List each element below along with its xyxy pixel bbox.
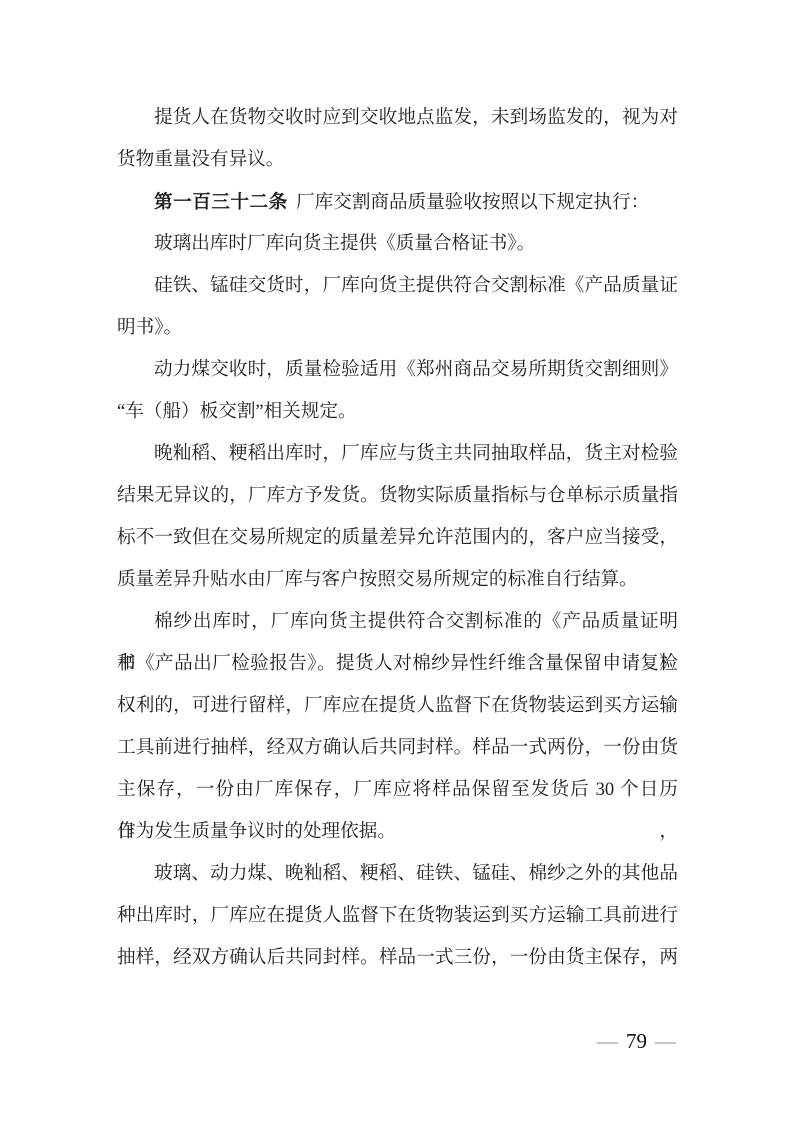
footer-dash-right: —	[655, 1029, 676, 1053]
document-page: 提货人在货物交收时应到交收地点监发，未到场监发的，视为对货物重量没有异议。第一百…	[0, 0, 793, 1122]
text-line: 提货人在货物交收时应到交收地点监发，未到场监发的，视为对	[117, 97, 678, 139]
text-line: 主保存，一份由厂库保存，厂库应将样品保留至发货后 30 个日历日，	[117, 769, 678, 811]
text-line: 标不一致但在交易所规定的质量差异允许范围内的，客户应当接受，	[117, 517, 678, 559]
text-line: 和《产品出厂检验报告》。提货人对棉纱异性纤维含量保留申请复检	[117, 643, 678, 685]
page-footer: —79—	[592, 1026, 681, 1056]
text-line: 货物重量没有异议。	[117, 139, 678, 181]
text-line: 权利的，可进行留样，厂库应在提货人监督下在货物装运到买方运输	[117, 685, 678, 727]
text-line: 玻璃出库时厂库向货主提供《质量合格证书》。	[117, 223, 678, 265]
text-line: 结果无异议的，厂库方予发货。货物实际质量指标与仓单标示质量指	[117, 475, 678, 517]
text-line: 第一百三十二条厂库交割商品质量验收按照以下规定执行：	[117, 181, 678, 223]
text-line: 工具前进行抽样，经双方确认后共同封样。样品一式两份，一份由货	[117, 727, 678, 769]
page-number: 79	[626, 1029, 647, 1053]
document-body: 提货人在货物交收时应到交收地点监发，未到场监发的，视为对货物重量没有异议。第一百…	[117, 97, 678, 979]
text-line: 晚籼稻、粳稻出库时，厂库应与货主共同抽取样品，货主对检验	[117, 433, 678, 475]
text-line: 玻璃、动力煤、晚籼稻、粳稻、硅铁、锰硅、棉纱之外的其他品	[117, 853, 678, 895]
article-title-text: 厂库交割商品质量验收按照以下规定执行：	[296, 192, 649, 213]
footer-dash-left: —	[597, 1029, 618, 1053]
text-line: 动力煤交收时，质量检验适用《郑州商品交易所期货交割细则》	[117, 349, 678, 391]
text-line: 明书》。	[117, 307, 678, 349]
text-line: “车（船）板交割”相关规定。	[117, 391, 678, 433]
text-line: 硅铁、锰硅交货时，厂库向货主提供符合交割标准《产品质量证	[117, 265, 678, 307]
text-line: 棉纱出库时，厂库向货主提供符合交割标准的《产品质量证明书》	[117, 601, 678, 643]
text-line: 种出库时，厂库应在提货人监督下在货物装运到买方运输工具前进行	[117, 895, 678, 937]
text-line: 质量差异升贴水由厂库与客户按照交易所规定的标准自行结算。	[117, 559, 678, 601]
text-line: 抽样，经双方确认后共同封样。样品一式三份，一份由货主保存，两	[117, 937, 678, 979]
article-number: 第一百三十二条	[154, 191, 288, 212]
